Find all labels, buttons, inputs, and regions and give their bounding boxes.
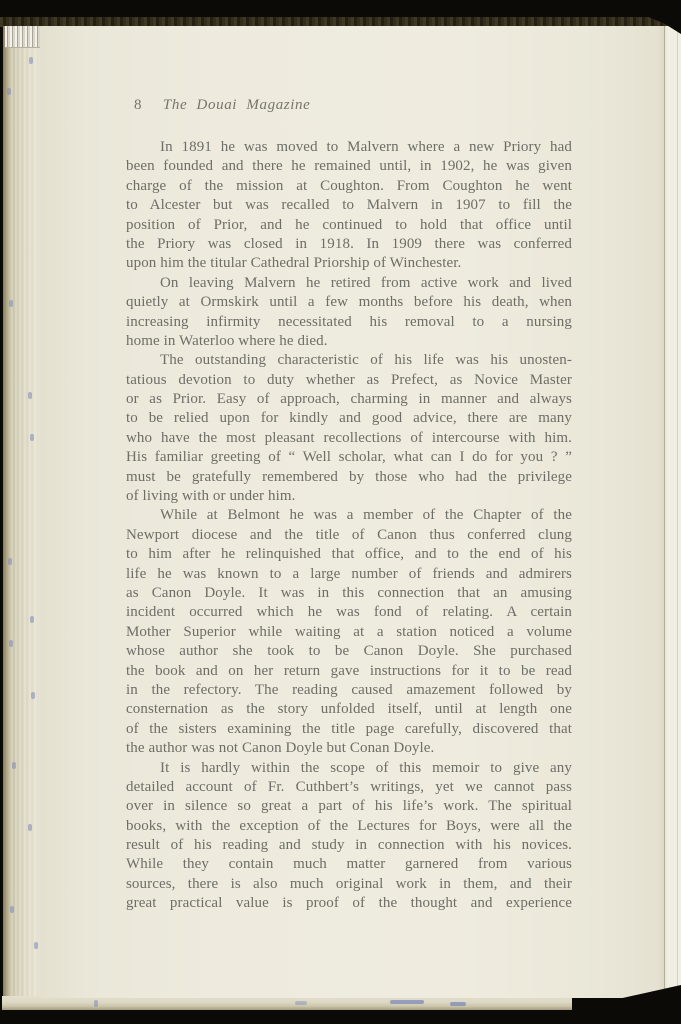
page-edges-left [3,26,42,1008]
text-line: of the sisters examining the title page … [126,720,572,739]
text-line: over in silence so great a part of his l… [126,797,572,816]
page-body: In 1891 he was moved to Malvern where a … [126,138,572,914]
text-line: as Canon Doyle. It was in this connectio… [126,584,572,603]
ink-smudge [450,1002,466,1006]
text-line: life he was known to a large number of f… [126,565,572,584]
text-line: upon him the titular Cathedral Priorship… [126,254,572,273]
magazine-title: The Douai Magazine [163,97,310,114]
page-edges-bottom [2,996,572,1010]
ink-speckle [8,558,12,565]
ink-speckle [28,824,32,831]
paragraph: In 1891 he was moved to Malvern where a … [126,138,572,274]
text-line: consternation as the story unfolded itse… [126,700,572,719]
page-number: 8 [134,97,142,114]
text-line: While at Belmont he was a member of the … [126,506,572,525]
running-header: 8 The Douai Magazine [134,97,572,114]
gutter-crease [664,26,665,998]
text-line: On leaving Malvern he retired from activ… [126,274,572,293]
text-line: in the refectory. The reading caused ama… [126,681,572,700]
ink-smudge [390,1000,424,1004]
text-line: result of his reading and study in conne… [126,836,572,855]
text-line: increasing infirmity necessitated his re… [126,313,572,332]
text-line: the Priory was closed in 1918. In 1909 t… [126,235,572,254]
ink-speckle [30,616,34,623]
text-line: the author was not Canon Doyle but Conan… [126,739,572,758]
paragraph: On leaving Malvern he retired from activ… [126,274,572,352]
page-text: 8 The Douai Magazine In 1891 he was move… [126,97,572,914]
paragraph: While at Belmont he was a member of the … [126,506,572,758]
text-line: books, with the exception of the Lecture… [126,817,572,836]
ink-speckle [94,1000,98,1007]
text-line: Mother Superior while waiting at a stati… [126,623,572,642]
text-line: sources, there is also much original wor… [126,875,572,894]
ink-speckle [12,762,16,769]
text-line: Newport diocese and the title of Canon t… [126,526,572,545]
text-line: His familiar greeting of “ Well scholar,… [126,448,572,467]
text-line: In 1891 he was moved to Malvern where a … [126,138,572,157]
text-line: the book and on her return gave instruct… [126,662,572,681]
ink-smudge [295,1001,307,1005]
ink-speckle [31,692,35,699]
book-scan-photo: { "scan": { "header": { "page_number": "… [0,0,681,1024]
text-line: detailed account of Fr. Cuthbert’s writi… [126,778,572,797]
ink-speckle [7,88,11,95]
text-line: great practical value is proof of the th… [126,894,572,913]
text-line: quietly at Ormskirk until a few months b… [126,293,572,312]
ink-speckle [29,57,33,64]
text-line: tatious devotion to duty whether as Pref… [126,371,572,390]
text-line: must be gratefully remembered by those w… [126,468,572,487]
text-line: to Alcester but was recalled to Malvern … [126,196,572,215]
ink-speckle [9,640,13,647]
ink-speckle [10,906,14,913]
text-line: to be relied upon for kindly and good ad… [126,409,572,428]
text-line: or as Prior. Easy of approach, charming … [126,390,572,409]
ink-speckle [30,434,34,441]
text-line: While they contain much matter garnered … [126,855,572,874]
paragraph: It is hardly within the scope of this me… [126,759,572,914]
paragraph: The outstanding characteristic of his li… [126,351,572,506]
text-line: It is hardly within the scope of this me… [126,759,572,778]
text-line: of living with or under him. [126,487,572,506]
text-line: who have the most pleasant recollections… [126,429,572,448]
text-line: home in Waterloo where he died. [126,332,572,351]
ink-speckle [28,392,32,399]
ink-speckle [9,300,13,307]
text-line: The outstanding characteristic of his li… [126,351,572,370]
book-page: 8 The Douai Magazine In 1891 he was move… [40,26,681,998]
text-line: to him after he relinquished that office… [126,545,572,564]
ink-speckle [34,942,38,949]
text-line: incident occurred which he was fond of r… [126,603,572,622]
text-line: position of Prior, and he continued to h… [126,216,572,235]
text-line: been founded and there he remained until… [126,157,572,176]
text-line: charge of the mission at Coughton. From … [126,177,572,196]
text-line: whose author she took to be Canon Doyle.… [126,642,572,661]
adjacent-page-edge [677,26,678,998]
